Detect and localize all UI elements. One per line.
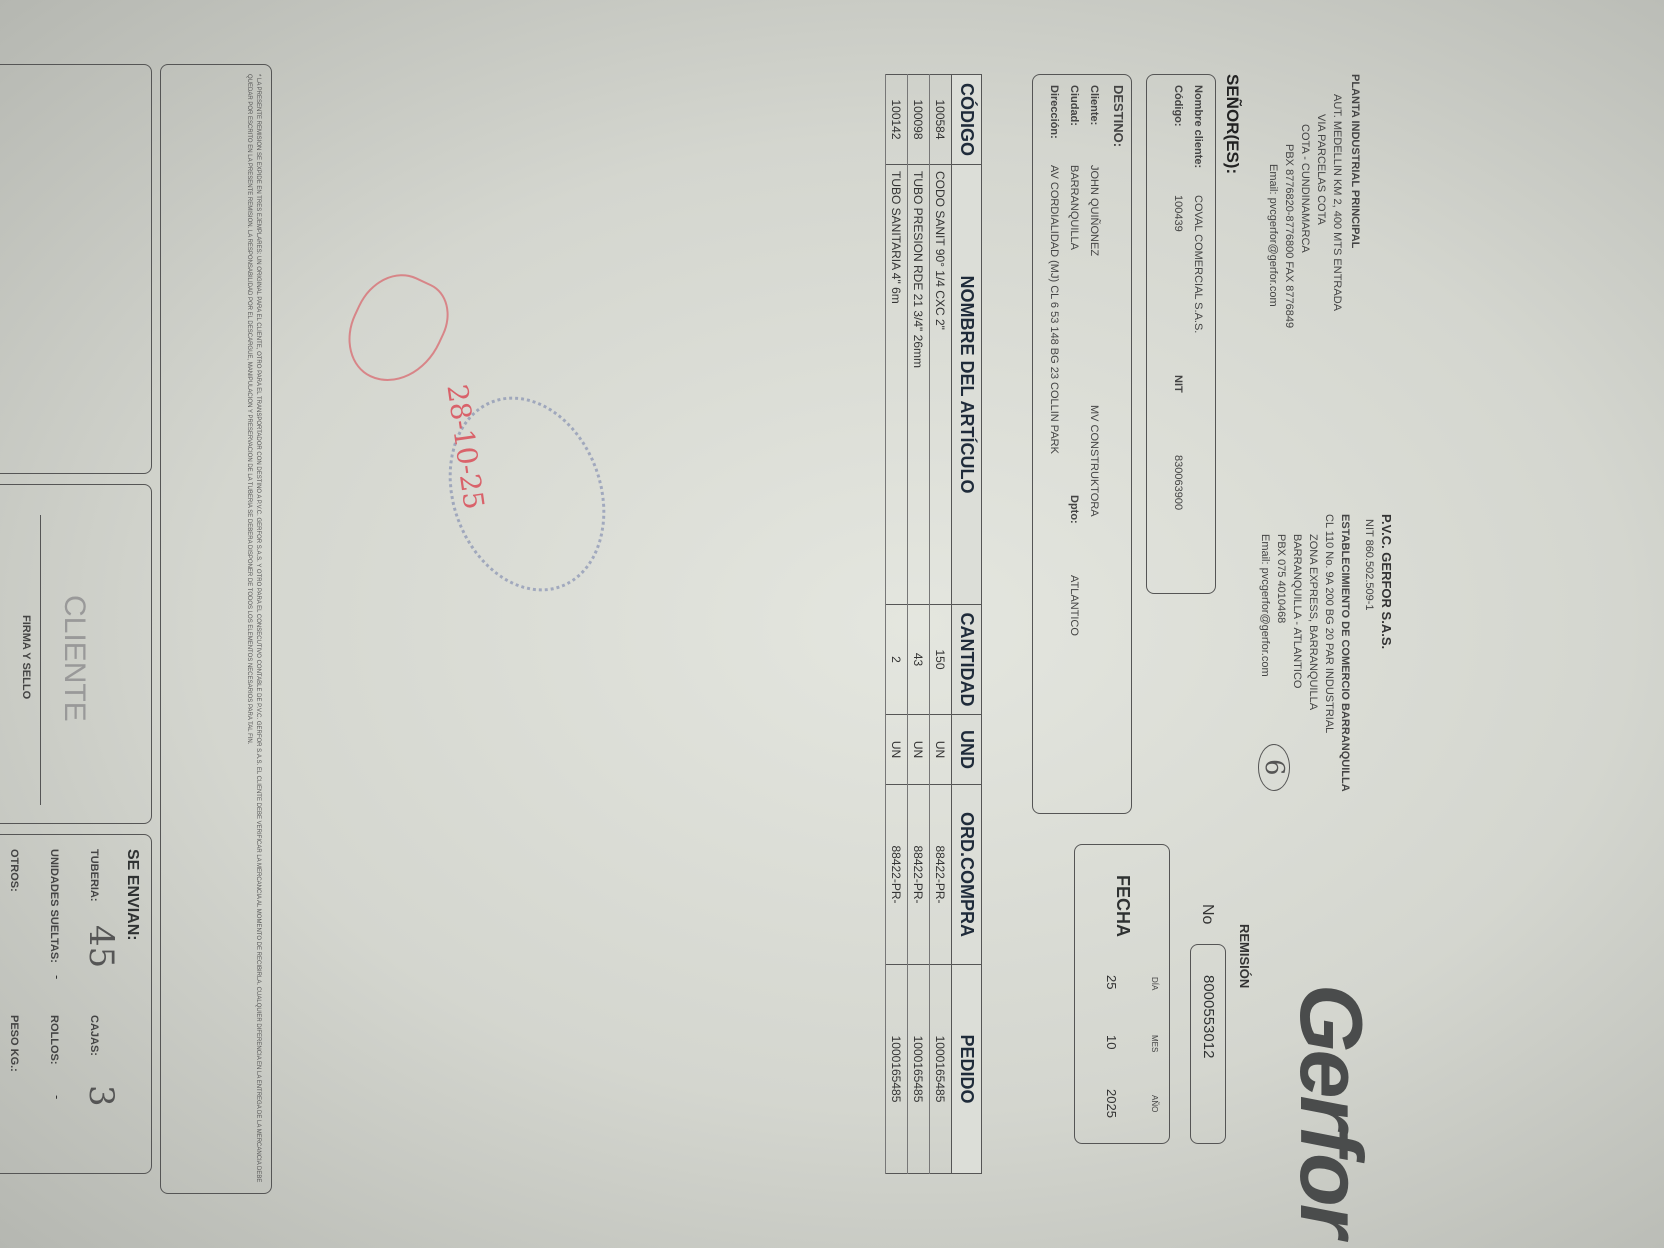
tuberia-value: 45	[81, 925, 121, 968]
cell-codigo: 100142	[886, 75, 908, 165]
customer-box: Nombre cliente: COVAL COMERCIAL S.A.S. C…	[1146, 74, 1216, 594]
tuberia-label: TUBERIA:	[87, 849, 101, 902]
cell-und: UN	[886, 715, 908, 785]
peso-label: PESO KG.:	[7, 1015, 21, 1072]
shipment-box: SE ENVIAN: TUBERIA: 45 CAJAS: 3 UNIDADES…	[0, 834, 152, 1174]
cell-ord-compra: 88422-PR-	[886, 785, 908, 965]
sueltas-value: -	[50, 975, 65, 979]
cell-ord-compra: 88422-PR-	[930, 785, 952, 965]
dest-address: AV CORDIALIDAD (MJ) CL 6 53 148 BG 23 CO…	[1047, 165, 1061, 454]
customer-name-label: Nombre cliente:	[1191, 85, 1205, 168]
header-nombre: NOMBRE DEL ARTÍCULO	[952, 165, 982, 605]
table-row: 100584 CODO SANIT 90° 1/4 CXC 2" 150 UN …	[930, 75, 952, 1174]
cell-und: UN	[930, 715, 952, 785]
plant-title: PLANTA INDUSTRIAL PRINCIPAL	[1348, 74, 1362, 248]
branch-line: PBX 075 4010468	[1274, 534, 1288, 623]
cell-codigo: 100098	[908, 75, 930, 165]
branch-title: ESTABLECIMIENTO DE COMERCIO BARRANQUILLA	[1338, 514, 1352, 792]
table-row: 100142 TUBO SANITARIA 4" 6m 2 UN 88422-P…	[886, 75, 908, 1174]
cell-pedido: 1000165485	[930, 965, 952, 1174]
remision-label: REMISIÓN	[1237, 924, 1252, 988]
month-header: MES	[1147, 1035, 1161, 1052]
branch-line: CL 110 No. 9A 200 BG 20 PAR INDUSTRIAL	[1322, 514, 1336, 733]
fine-print: * LA PRESENTE REMISION SE EXPIDE EN TRES…	[166, 74, 262, 1184]
customer-nit: 830063900	[1171, 455, 1185, 510]
fecha-box: FECHA DÍA MES AÑO 25 10 2025	[1074, 844, 1170, 1144]
remision-number: 8000553012	[1200, 975, 1217, 1058]
dest-dept-label: Dpto:	[1067, 495, 1081, 524]
customer-name: COVAL COMERCIAL S.A.S.	[1191, 195, 1205, 333]
sueltas-label: UNIDADES SUELTAS:	[47, 849, 61, 963]
branch-line: BARRANQUILLA - ATLANTICO	[1290, 534, 1304, 688]
remision-number-box: 8000553012	[1190, 944, 1226, 1144]
customer-section-label: SEÑOR(ES):	[1222, 74, 1242, 174]
plant-line: VIA PARCELAS COTA	[1314, 114, 1328, 225]
rollos-value: -	[50, 1095, 65, 1099]
shipment-title: SE ENVIAN:	[123, 849, 141, 941]
header-und: UND	[952, 715, 982, 785]
company-nit: NIT 860.502.509-1	[1362, 519, 1376, 611]
day-header: DÍA	[1147, 977, 1161, 990]
cell-pedido: 1000165485	[908, 965, 930, 1174]
cell-codigo: 100584	[930, 75, 952, 165]
cell-nombre: CODO SANIT 90° 1/4 CXC 2"	[930, 165, 952, 605]
cajas-value: 3	[81, 1085, 121, 1107]
header-cantidad: CANTIDAD	[952, 605, 982, 715]
customer-code: 100439	[1171, 195, 1185, 232]
destination-box: DESTINO: Cliente: JOHN QUIÑONEZ MV CONST…	[1032, 74, 1132, 814]
handwritten-circle-mark: 6	[1258, 744, 1290, 791]
date-year: 2025	[1104, 1089, 1119, 1118]
cajas-label: CAJAS:	[87, 1015, 101, 1056]
cell-nombre: TUBO SANITARIA 4" 6m	[886, 165, 908, 605]
blank-box	[0, 64, 152, 474]
dest-client-extra: MV CONSTRUKTORA	[1087, 405, 1101, 517]
customer-nit-label: NIT	[1171, 375, 1185, 393]
gerfor-logo: Gerfor	[1280, 984, 1382, 1235]
destination-label: DESTINO:	[1111, 85, 1125, 147]
table-row: 100098 TUBO PRESION RDE 21 3/4" 26mm 43 …	[908, 75, 930, 1174]
cell-cantidad: 150	[930, 605, 952, 715]
plant-line: COTA - CUNDINAMARCA	[1298, 124, 1312, 253]
cell-ord-compra: 88422-PR-	[908, 785, 930, 965]
signature-box: CLIENTE FIRMA Y SELLO NOMBRE C.C. FECHA …	[0, 484, 152, 824]
remision-document: P.V.C. GERFOR S.A.S. NIT 860.502.509-1 P…	[0, 44, 1402, 1204]
cliente-stamp-text: CLIENTE	[57, 595, 91, 722]
header-codigo: CÓDIGO	[952, 75, 982, 165]
header-pedido: PEDIDO	[952, 965, 982, 1174]
red-signature	[333, 260, 461, 398]
dest-client-label: Cliente:	[1087, 85, 1101, 125]
rollos-label: ROLLOS:	[47, 1015, 61, 1065]
fecha-label: FECHA	[1112, 875, 1133, 937]
dest-city-label: Ciudad:	[1067, 85, 1081, 126]
cell-pedido: 1000165485	[886, 965, 908, 1174]
header-ord-compra: ORD.COMPRA	[952, 785, 982, 965]
cell-cantidad: 2	[886, 605, 908, 715]
date-month: 10	[1104, 1035, 1119, 1049]
dest-address-label: Dirección:	[1047, 85, 1061, 139]
items-table: CÓDIGO NOMBRE DEL ARTÍCULO CANTIDAD UND …	[885, 74, 982, 1174]
branch-line: Email: pvcgerfor@gerfor.com	[1258, 534, 1272, 677]
dest-client: JOHN QUIÑONEZ	[1087, 165, 1101, 256]
remision-no-label: No	[1198, 904, 1216, 924]
dest-dept: ATLANTICO	[1067, 575, 1081, 636]
cell-und: UN	[908, 715, 930, 785]
dest-city: BARRANQUILLA	[1067, 165, 1081, 250]
year-header: AÑO	[1147, 1095, 1161, 1112]
plant-line: PBX 8776820-8776800 FAX 8776849	[1282, 144, 1296, 328]
table-header-row: CÓDIGO NOMBRE DEL ARTÍCULO CANTIDAD UND …	[952, 75, 982, 1174]
company-name: P.V.C. GERFOR S.A.S.	[1379, 514, 1394, 649]
cell-nombre: TUBO PRESION RDE 21 3/4" 26mm	[908, 165, 930, 605]
firma-label: FIRMA Y SELLO	[19, 615, 33, 699]
customer-code-label: Código:	[1171, 85, 1185, 127]
otros-label: OTROS:	[7, 849, 21, 892]
date-day: 25	[1104, 975, 1119, 989]
cell-cantidad: 43	[908, 605, 930, 715]
plant-line: AUT. MEDELLIN KM 2, 400 MTS ENTRADA	[1330, 94, 1344, 311]
plant-line: Email: pvcgerfor@gerfor.com	[1266, 164, 1280, 307]
branch-line: ZONA EXPRESS, BARRANQUILLA	[1306, 534, 1320, 710]
